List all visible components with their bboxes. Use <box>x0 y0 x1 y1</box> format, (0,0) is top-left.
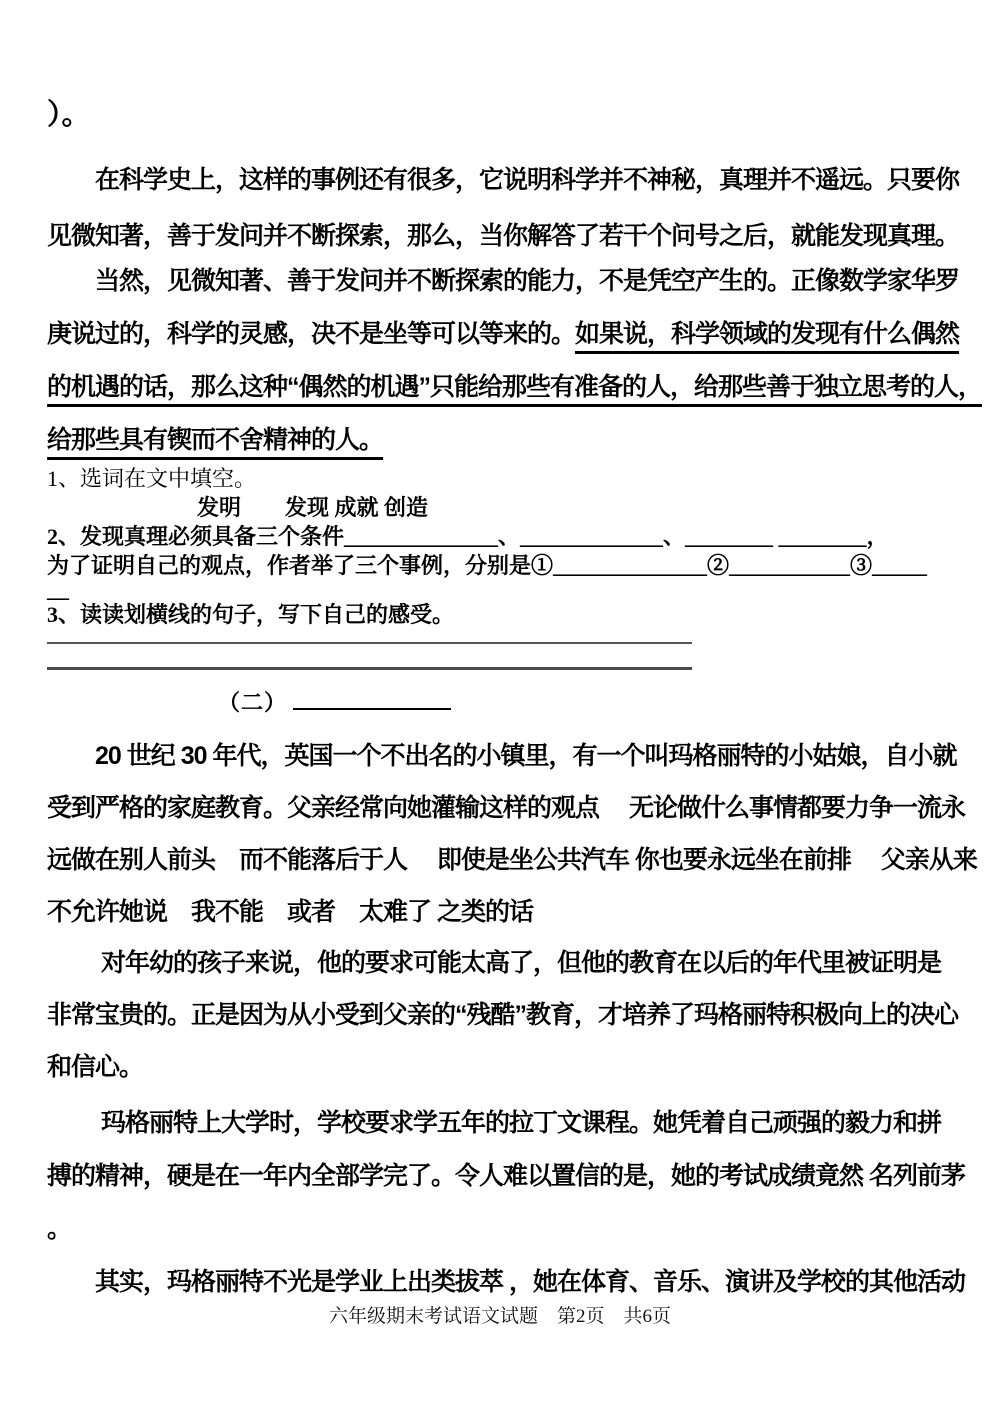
section-two-label: （二） <box>218 690 287 715</box>
text-line: 玛格丽特上大学时，学校要求学五年的拉丁文课程。她凭着自己顽强的毅力和拼 <box>47 1097 960 1150</box>
passage1-paragraph2: 当然，见微知著、善于发问并不断探索的能力，不是凭空产生的。正像数学家华罗庚说过的… <box>47 255 960 467</box>
passage1-paragraph1: 在科学史上，这样的事例还有很多，它说明科学并不神秘，真理并不遥远。只要你见微知著… <box>47 152 960 264</box>
text-line: 远做在别人前头 而不能落后于人 即使是坐公共汽车 你也要永远坐在前排 父亲从来 <box>47 834 960 886</box>
question-2-line1: 2、发现真理必须具备三个条件______________、___________… <box>47 522 960 551</box>
text-segment: 20 世纪 30 年代，英国一个不出名的小镇里，有一个叫玛格丽特的小姑娘，自小就 <box>47 742 956 770</box>
text-line: 20 世纪 30 年代，英国一个不出名的小镇里，有一个叫玛格丽特的小姑娘，自小就 <box>47 730 960 782</box>
text-segment: 不允许她说 我不能 或者 太难了 之类的话 <box>47 898 533 926</box>
text-segment: 远做在别人前头 而不能落后于人 即使是坐公共汽车 你也要永远坐在前排 父亲从来 <box>47 846 977 874</box>
page-footer: 六年级期末考试语文试题 第2页 共6页 <box>0 1301 1000 1328</box>
text-line: 不允许她说 我不能 或者 太难了 之类的话 <box>47 886 960 938</box>
text-segment: 非常宝贵的。正是因为从小受到父亲的“残酷”教育，才培养了玛格丽特积极向上的决心 <box>47 1001 958 1029</box>
text-line: 的机遇的话，那么这种“偶然的机遇”只能给那些有准备的人，给那些善于独立思考的人， <box>47 361 960 414</box>
underlined-text-segment: 如果说，科学领域的发现有什么偶然 <box>575 320 959 354</box>
text-line: 非常宝贵的。正是因为从小受到父亲的“残酷”教育，才培养了玛格丽特积极向上的决心 <box>47 989 960 1041</box>
answer-ruled-line <box>47 616 692 644</box>
text-segment: 受到严格的家庭教育。父亲经常向她灌输这样的观点 无论做什么事情都要力争一流永 <box>47 794 965 822</box>
text-line: 在科学史上，这样的事例还有很多，它说明科学并不神秘，真理并不遥远。只要你 <box>47 152 960 208</box>
question-3-answer-area <box>47 616 692 670</box>
text-line: 受到严格的家庭教育。父亲经常向她灌输这样的观点 无论做什么事情都要力争一流永 <box>47 782 960 834</box>
text-line: 对年幼的孩子来说，他的要求可能太高了，但他的教育在以后的年代里被证明是 <box>47 937 960 989</box>
underlined-text-segment: 给那些具有锲而不舍精神的人。 <box>47 426 383 460</box>
answer-ruled-line <box>47 644 692 670</box>
passage2-paragraph2: 对年幼的孩子来说，他的要求可能太高了，但他的教育在以后的年代里被证明是非常宝贵的… <box>47 937 960 1093</box>
passage2-paragraph1: 20 世纪 30 年代，英国一个不出名的小镇里，有一个叫玛格丽特的小姑娘，自小就… <box>47 730 960 938</box>
text-segment: 。 <box>47 1215 71 1243</box>
text-line: 庚说过的，科学的灵感，决不是坐等可以等来的。如果说，科学领域的发现有什么偶然 <box>47 308 960 361</box>
carryover-fragment: ）。 <box>47 92 960 133</box>
text-line: 给那些具有锲而不舍精神的人。 <box>47 414 960 467</box>
underlined-text-segment: 的机遇的话，那么这种“偶然的机遇”只能给那些有准备的人，给那些善于独立思考的人， <box>47 373 982 407</box>
question-1-word-options: 发明 发现 成就 创造 <box>47 493 960 522</box>
text-line: 。 <box>47 1203 960 1256</box>
passage2-paragraph3: 玛格丽特上大学时，学校要求学五年的拉丁文课程。她凭着自己顽强的毅力和拼搏的精神，… <box>47 1097 960 1256</box>
passage1-questions: 1、选词在文中填空。 发明 发现 成就 创造 2、发现真理必须具备三个条件___… <box>47 464 960 629</box>
text-segment: 其实，玛格丽特不光是学业上出类拔萃 ，她在体育、音乐、演讲及学校的其他活动 <box>47 1268 965 1296</box>
text-line: 当然，见微知著、善于发问并不断探索的能力，不是凭空产生的。正像数学家华罗 <box>47 255 960 308</box>
text-segment: 和信心。 <box>47 1053 143 1081</box>
text-line: 和信心。 <box>47 1041 960 1093</box>
question-2-continuation-blank: __ <box>47 580 960 600</box>
section-two-title-blank <box>293 688 451 710</box>
text-segment: 对年幼的孩子来说，他的要求可能太高了，但他的教育在以后的年代里被证明是 <box>47 949 941 977</box>
question-2-line2: 为了证明自己的观点，作者举了三个事例，分别是①______________②__… <box>47 551 960 580</box>
text-line: 搏的精神，硬是在一年内全部学完了。令人难以置信的是，她的考试成绩竟然 名列前茅 <box>47 1150 960 1203</box>
text-segment: 玛格丽特上大学时，学校要求学五年的拉丁文课程。她凭着自己顽强的毅力和拼 <box>47 1109 941 1137</box>
text-segment: 庚说过的，科学的灵感，决不是坐等可以等来的。 <box>47 320 575 348</box>
exam-paper-page: ）。 在科学史上，这样的事例还有很多，它说明科学并不神秘，真理并不遥远。只要你见… <box>0 0 1000 1415</box>
text-segment: 见微知著，善于发问并不断探索，那么，当你解答了若干个问号之后，就能发现真理。 <box>47 222 959 250</box>
text-segment: 当然，见微知著、善于发问并不断探索的能力，不是凭空产生的。正像数学家华罗 <box>47 267 959 295</box>
text-segment: 在科学史上，这样的事例还有很多，它说明科学并不神秘，真理并不遥远。只要你 <box>47 166 959 194</box>
question-1: 1、选词在文中填空。 <box>47 464 960 493</box>
text-segment: 搏的精神，硬是在一年内全部学完了。令人难以置信的是，她的考试成绩竟然 名列前茅 <box>47 1162 965 1190</box>
section-two-heading: （二） <box>218 688 451 720</box>
